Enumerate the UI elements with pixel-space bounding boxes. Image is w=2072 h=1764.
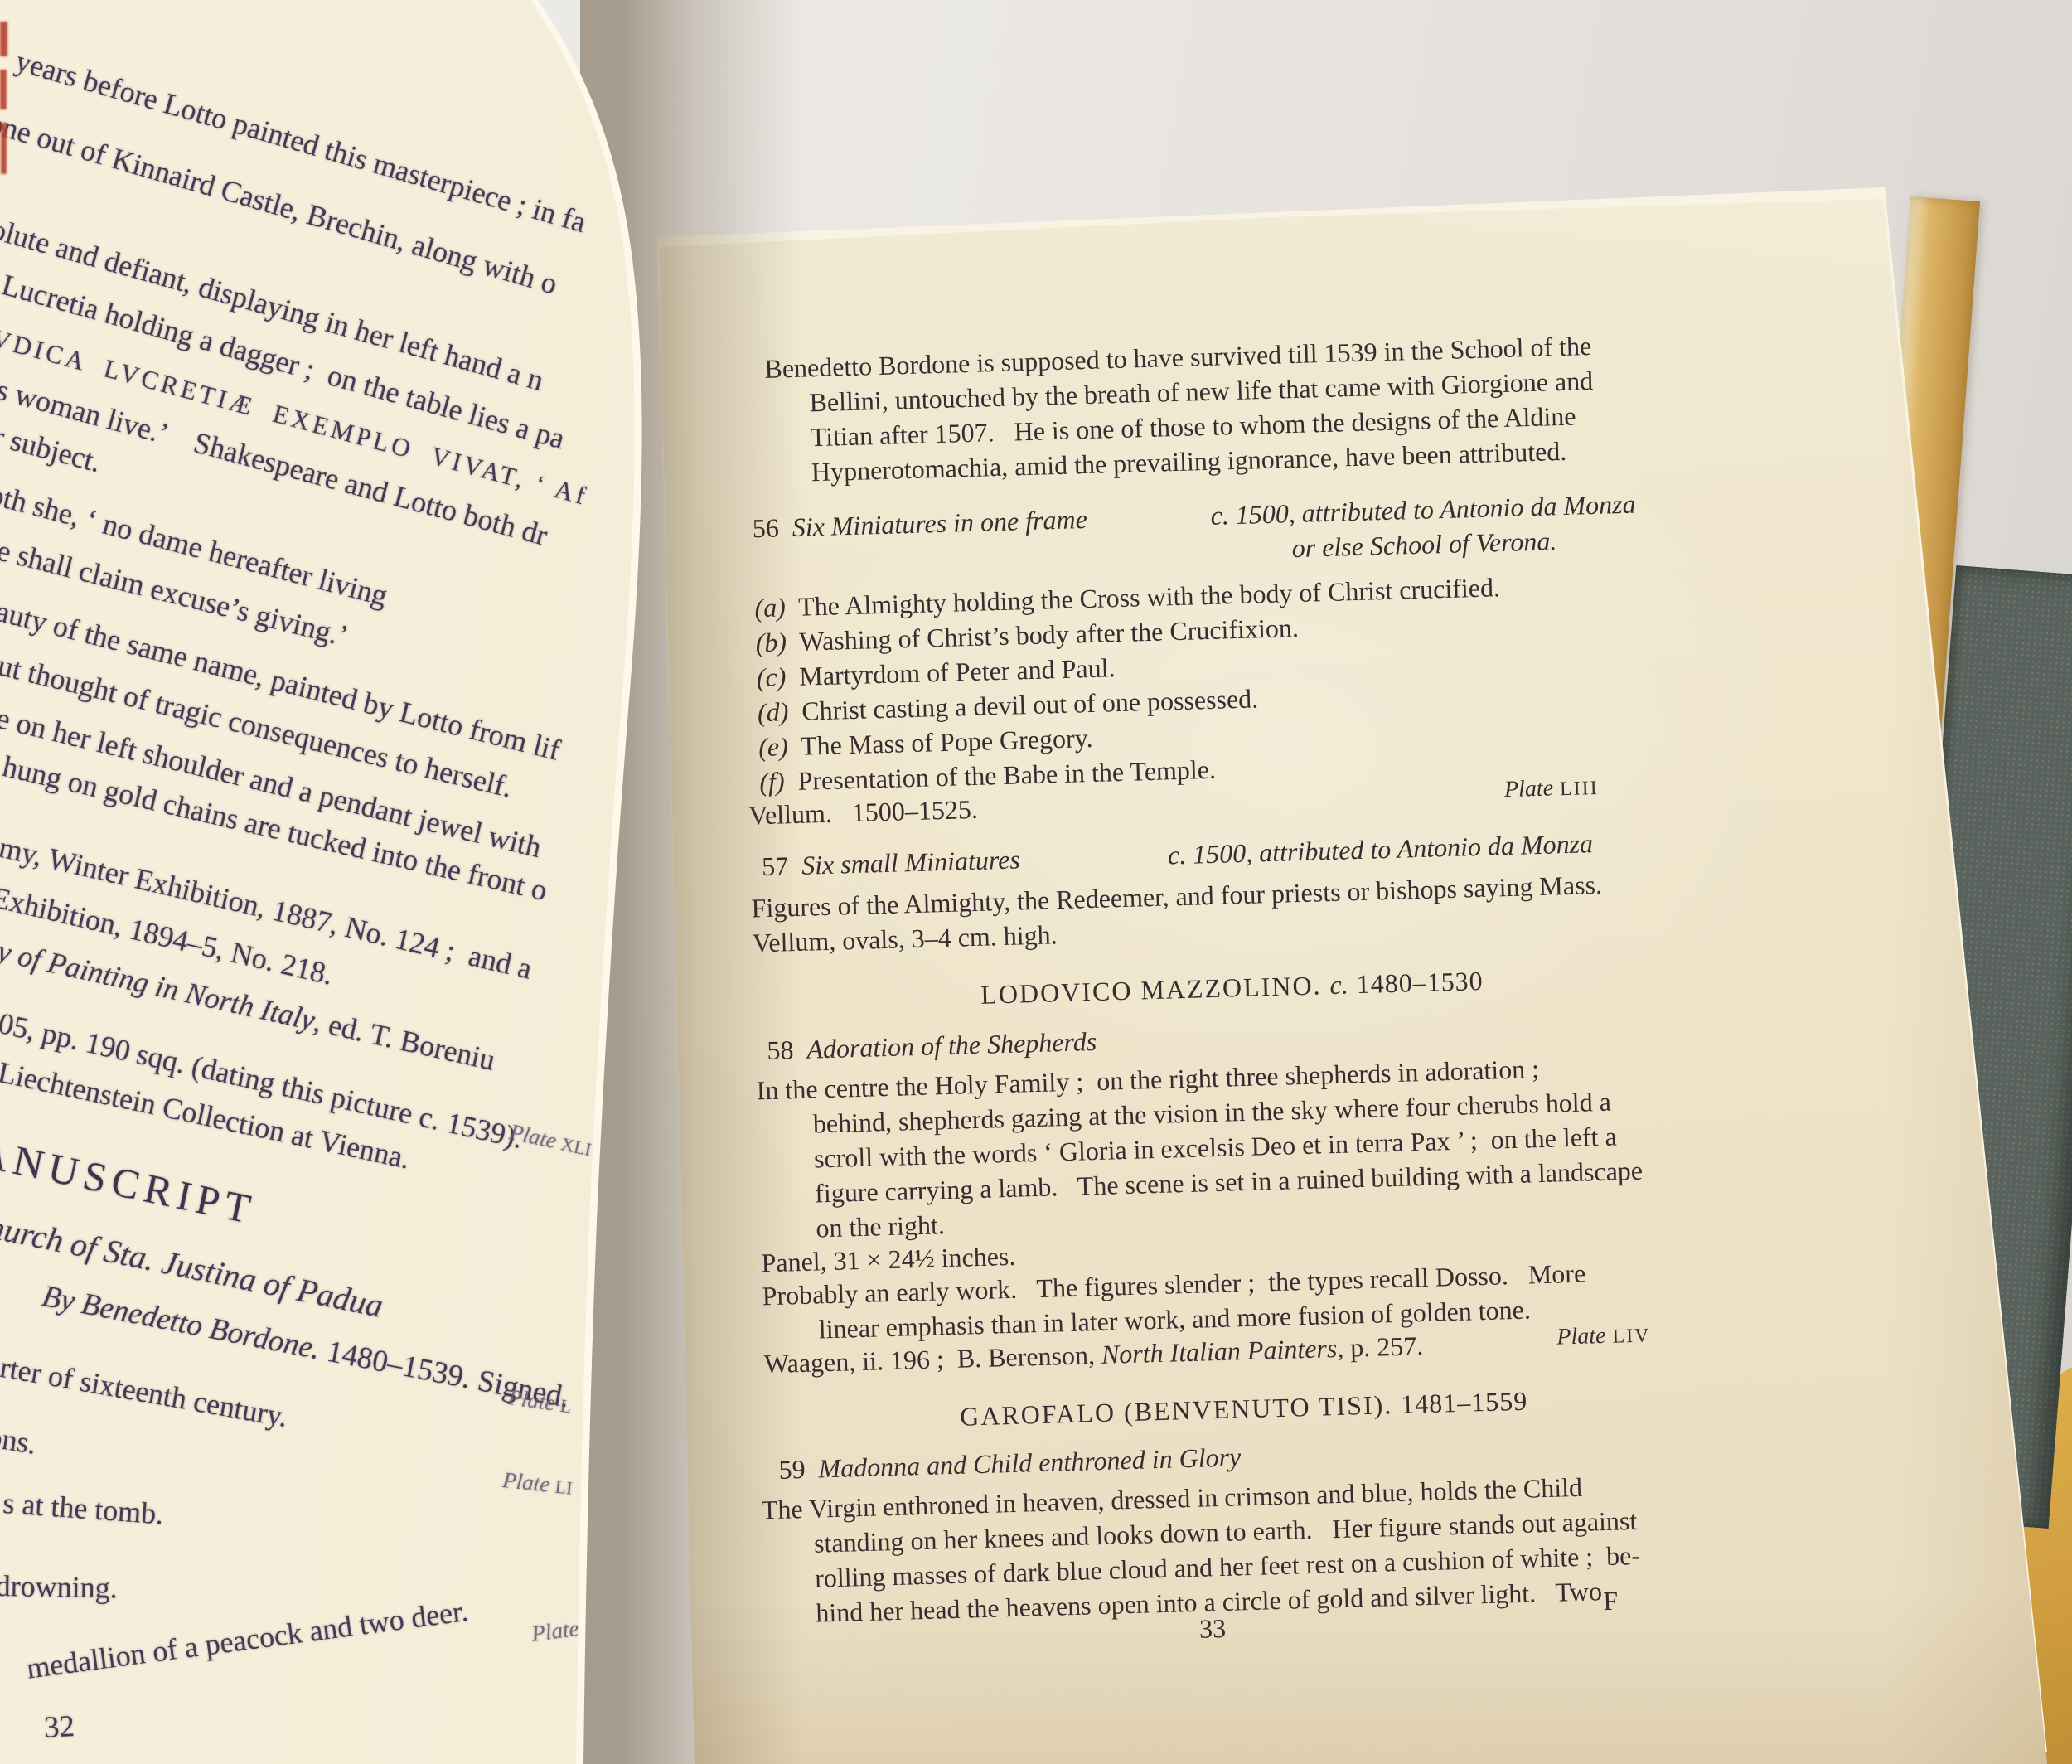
plate-ref: Plate XLI	[507, 1121, 593, 1160]
entry-59-heading: 59 Madonna and Child enthroned in Glory	[778, 1443, 1242, 1483]
entry-title: Six Miniatures in one frame	[792, 504, 1087, 542]
miniature-entry: (e) The Mass of Pope Gregory.	[758, 724, 1093, 760]
plate-ref: Plate LIV	[1556, 1319, 1651, 1349]
miniature-entry: (f) Presentation of the Babe in the Temp…	[759, 756, 1216, 795]
signature-mark: F	[1603, 1587, 1619, 1614]
artist-dates: 1481–1559	[1401, 1386, 1528, 1419]
red-edge-mark	[1, 123, 7, 174]
left-section-heading: ANUSCRIPT	[0, 1132, 259, 1231]
entry-title: Six small Miniatures	[801, 844, 1021, 880]
plate-ref: Plate LIII	[1503, 772, 1599, 802]
entry-56-attribution-2: or else School of Verona.	[1291, 527, 1556, 561]
miniature-entry: (d) Christ casting a devil out of one po…	[758, 685, 1259, 725]
entry-58-description: on the right.	[816, 1211, 945, 1241]
red-edge-mark	[0, 70, 7, 109]
artist-dates: 1480–1530	[1356, 966, 1484, 999]
artist-heading-garofalo: GAROFALO (BENVENUTO TISI). 1481–1559	[758, 1382, 1728, 1436]
entry-title: Adoration of the Shepherds	[806, 1026, 1097, 1064]
left-fragment: s at the tomb.	[2, 1488, 164, 1529]
artist-name: LODOVICO MAZZOLINO.	[980, 970, 1322, 1009]
right-page-text: Benedetto Bordone is supposed to have su…	[719, 0, 1738, 1763]
left-fragment: medallion of a peacock and two deer.	[25, 1596, 470, 1684]
entry-57-attribution: c. 1500, attributed to Antonio da Monza	[1168, 830, 1594, 868]
artist-heading-mazzolino: LODOVICO MAZZOLINO. c. 1480–1530	[747, 961, 1716, 1015]
left-fragment: drowning.	[0, 1571, 118, 1603]
plate-ref: Plate LI	[501, 1469, 574, 1499]
red-edge-mark	[0, 22, 7, 56]
entry-56-attribution: c. 1500, attributed to Antonio da Monza	[1210, 491, 1636, 529]
entry-title: Madonna and Child enthroned in Glory	[818, 1442, 1242, 1483]
miniature-entry: (a) The Almighty holding the Cross with …	[754, 574, 1500, 621]
page-number-left: 32	[43, 1711, 75, 1743]
page-number-right: 33	[1199, 1615, 1227, 1642]
artist-circa: c.	[1329, 969, 1348, 1000]
entry-57-description: Figures of the Almighty, the Redeemer, a…	[751, 871, 1602, 922]
entry-58-heading: 58 Adoration of the Shepherds	[767, 1028, 1097, 1064]
left-fragment: arter of sixteenth century.	[0, 1350, 290, 1432]
left-fragment: ons.	[0, 1422, 38, 1459]
artist-name: GAROFALO (BENVENUTO TISI).	[960, 1389, 1393, 1432]
miniature-entry: (c) Martyrdom of Peter and Paul.	[756, 654, 1115, 691]
book-photo: Benedetto Bordone is supposed to have su…	[0, 0, 2072, 1764]
